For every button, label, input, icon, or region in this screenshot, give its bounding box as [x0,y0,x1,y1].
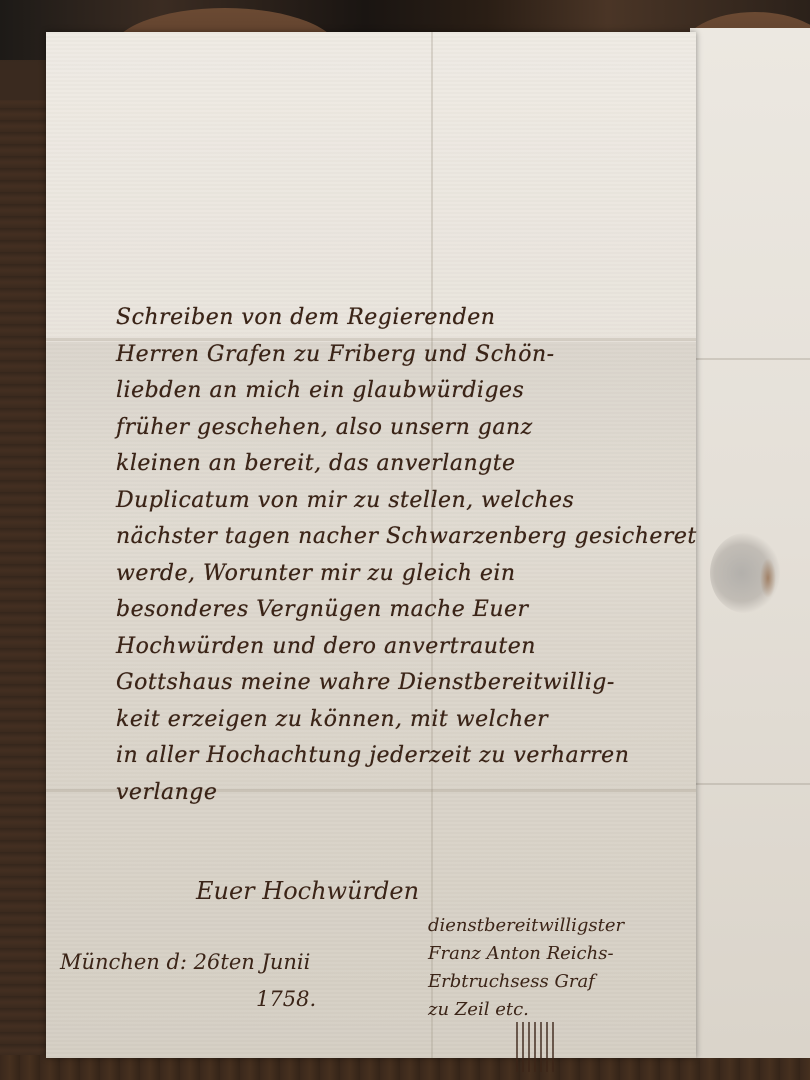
fold-line [690,358,810,360]
seal-rust-mark [760,558,776,598]
body-line: Duplicatum von mir zu stellen, welches [116,483,696,520]
signature-block: dienstbereitwilligster Franz Anton Reich… [428,912,698,1024]
year: 1758. [256,987,316,1011]
body-line: in aller Hochachtung jederzeit zu verhar… [116,738,696,775]
place-date: München d: 26ten Junii [60,950,310,974]
body-line: Schreiben von dem Regierenden [116,300,696,337]
letter-page: Schreiben von dem Regierenden Herren Gra… [46,32,696,1058]
body-line: keit erzeigen zu können, mit welcher [116,702,696,739]
body-line: kleinen an bereit, das anverlangte [116,446,696,483]
fold-line [690,783,810,785]
letter-body: Schreiben von dem Regierenden Herren Gra… [116,300,696,811]
signature-line: dienstbereitwilligster [428,912,698,940]
signature-line: Franz Anton Reichs- [428,940,698,968]
body-line: Gottshaus meine wahre Dienstbereitwillig… [116,665,696,702]
body-line: liebden an mich ein glaubwürdiges [116,373,696,410]
body-line: verlange [116,775,696,812]
body-line: früher geschehen, also unsern ganz [116,410,696,447]
body-line: besonderes Vergnügen mache Euer [116,592,696,629]
body-line: werde, Worunter mir zu gleich ein [116,556,696,593]
signature-flourish [516,1022,556,1072]
closing-salutation: Euer Hochwürden [196,877,419,905]
body-line: nächster tagen nacher Schwarzenberg gesi… [116,519,696,556]
signature-line: zu Zeil etc. [428,996,698,1024]
wooden-table-bottom [0,1055,810,1080]
letter-folded-right-panel [690,28,810,1058]
body-line: Herren Grafen zu Friberg und Schön- [116,337,696,374]
signature-line: Erbtruchsess Graf [428,968,698,996]
body-line: Hochwürden und dero anvertrauten [116,629,696,666]
